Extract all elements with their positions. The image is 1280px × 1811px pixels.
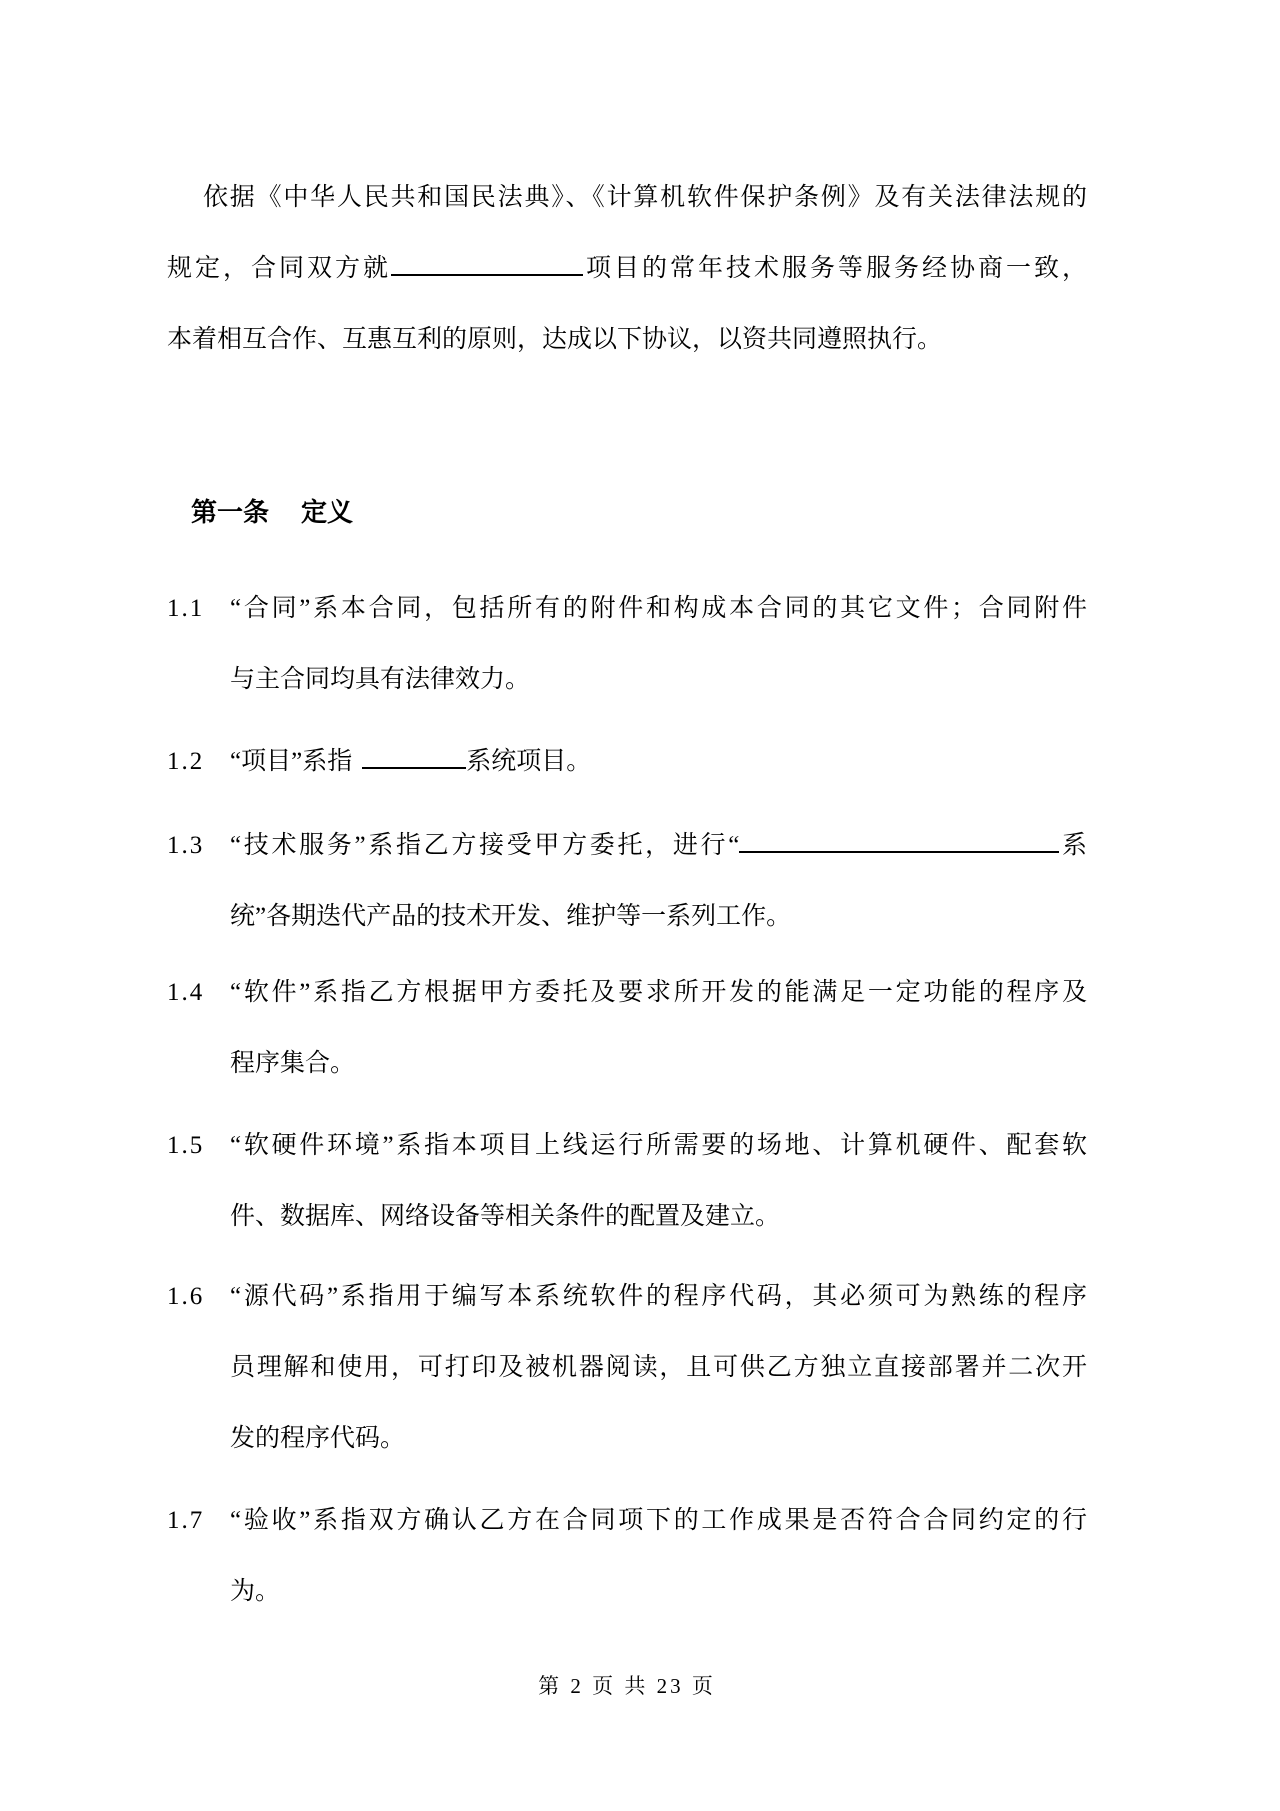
page-number-footer: 第 2 页 共 23 页 <box>167 1664 1087 1708</box>
clause-1-6: 1.6 “源代码”系指用于编写本系统软件的程序代码，其必须可为熟练的程序 员理解… <box>167 1261 1087 1474</box>
clause-1-4: 1.4 “软件”系指乙方根据甲方委托及要求所开发的能满足一定功能的程序及 程序集… <box>167 957 1087 1099</box>
intro-text-2-post: 项目的常年技术服务等服务经协商一致， <box>583 255 1087 282</box>
clause-1-6-line-3: 发的程序代码。 <box>230 1403 1087 1474</box>
clause-number: 1.1 <box>167 573 204 644</box>
clause-1-2-line-1: “项目”系指系统项目。 <box>230 726 1087 797</box>
clause-number: 1.7 <box>167 1485 204 1556</box>
clause-text: “合同”系本合同，包括所有的附件和构成本合同的其它文件；合同附件 <box>230 595 1087 622</box>
intro-line-1: 依据《中华人民共和国民法典》、《计算机软件保护条例》及有关法律法规的 <box>167 162 1087 233</box>
clause-number: 1.3 <box>167 810 204 881</box>
intro-text-1: 依据《中华人民共和国民法典》、《计算机软件保护条例》及有关法律法规的 <box>203 184 1087 211</box>
clause-1-3-line-1: “技术服务”系指乙方接受甲方委托，进行“系 <box>230 810 1087 881</box>
fill-in-blank-system-name <box>362 767 466 769</box>
intro-text-2-pre: 规定，合同双方就 <box>167 255 391 282</box>
clause-1-5-line-2: 件、数据库、网络设备等相关条件的配置及建立。 <box>230 1181 1087 1252</box>
contract-page: 依据《中华人民共和国民法典》、《计算机软件保护条例》及有关法律法规的 规定，合同… <box>0 0 1280 1811</box>
clause-text: 程序集合。 <box>230 1050 355 1077</box>
clause-number: 1.5 <box>167 1110 204 1181</box>
intro-text-3: 本着相互合作、互惠互利的原则，达成以下协议，以资共同遵照执行。 <box>167 326 942 353</box>
clause-text: “验收”系指双方确认乙方在合同项下的工作成果是否符合合同约定的行 <box>230 1507 1087 1534</box>
clause-1-5: 1.5 “软硬件环境”系指本项目上线运行所需要的场地、计算机硬件、配套软 件、数… <box>167 1110 1087 1252</box>
article-1-heading: 第一条定义 <box>191 477 353 548</box>
clause-1-7-line-1: “验收”系指双方确认乙方在合同项下的工作成果是否符合合同约定的行 <box>230 1485 1087 1556</box>
clause-1-1: 1.1 “合同”系本合同，包括所有的附件和构成本合同的其它文件；合同附件 与主合… <box>167 573 1087 715</box>
clause-1-2: 1.2 “项目”系指系统项目。 <box>167 726 1087 797</box>
clause-1-3-line-2: 统”各期迭代产品的技术开发、维护等一系列工作。 <box>230 881 1087 952</box>
clause-1-1-line-2: 与主合同均具有法律效力。 <box>230 644 1087 715</box>
clause-1-6-line-1: “源代码”系指用于编写本系统软件的程序代码，其必须可为熟练的程序 <box>230 1261 1087 1332</box>
clause-1-3: 1.3 “技术服务”系指乙方接受甲方委托，进行“系 统”各期迭代产品的技术开发、… <box>167 810 1087 952</box>
clause-1-6-line-2: 员理解和使用，可打印及被机器阅读，且可供乙方独立直接部署并二次开 <box>230 1332 1087 1403</box>
clause-text: 系统项目。 <box>466 748 591 775</box>
intro-line-2: 规定，合同双方就项目的常年技术服务等服务经协商一致， <box>167 233 1087 304</box>
clause-1-5-line-1: “软硬件环境”系指本项目上线运行所需要的场地、计算机硬件、配套软 <box>230 1110 1087 1181</box>
clause-1-7: 1.7 “验收”系指双方确认乙方在合同项下的工作成果是否符合合同约定的行 为。 <box>167 1485 1087 1627</box>
clause-text: 与主合同均具有法律效力。 <box>230 666 530 693</box>
clause-text: “软件”系指乙方根据甲方委托及要求所开发的能满足一定功能的程序及 <box>230 979 1087 1006</box>
article-number: 第一条 <box>191 498 269 527</box>
clause-text: 系 <box>1059 832 1087 859</box>
clause-text: “项目”系指 <box>230 748 352 775</box>
clause-number: 1.2 <box>167 726 204 797</box>
clause-1-7-line-2: 为。 <box>230 1556 1087 1627</box>
page-number-label: 第 2 页 共 23 页 <box>538 1674 716 1698</box>
clause-number: 1.6 <box>167 1261 204 1332</box>
clause-1-4-line-1: “软件”系指乙方根据甲方委托及要求所开发的能满足一定功能的程序及 <box>230 957 1087 1028</box>
clause-text: 统”各期迭代产品的技术开发、维护等一系列工作。 <box>230 903 791 930</box>
clause-text: 员理解和使用，可打印及被机器阅读，且可供乙方独立直接部署并二次开 <box>230 1354 1087 1381</box>
clause-1-1-line-1: “合同”系本合同，包括所有的附件和构成本合同的其它文件；合同附件 <box>230 573 1087 644</box>
intro-line-3: 本着相互合作、互惠互利的原则，达成以下协议，以资共同遵照执行。 <box>167 304 1087 375</box>
intro-paragraph: 依据《中华人民共和国民法典》、《计算机软件保护条例》及有关法律法规的 规定，合同… <box>167 162 1087 375</box>
clause-text: 件、数据库、网络设备等相关条件的配置及建立。 <box>230 1203 780 1230</box>
clause-number: 1.4 <box>167 957 204 1028</box>
fill-in-blank-system-name <box>739 851 1059 853</box>
clause-text: “软硬件环境”系指本项目上线运行所需要的场地、计算机硬件、配套软 <box>230 1132 1087 1159</box>
clause-1-4-line-2: 程序集合。 <box>230 1028 1087 1099</box>
clause-text: “源代码”系指用于编写本系统软件的程序代码，其必须可为熟练的程序 <box>230 1283 1087 1310</box>
clause-text: 发的程序代码。 <box>230 1425 405 1452</box>
clause-text: “技术服务”系指乙方接受甲方委托，进行“ <box>230 832 739 859</box>
fill-in-blank-project-name <box>391 274 583 276</box>
article-title: 定义 <box>301 498 353 527</box>
clause-text: 为。 <box>230 1578 280 1605</box>
